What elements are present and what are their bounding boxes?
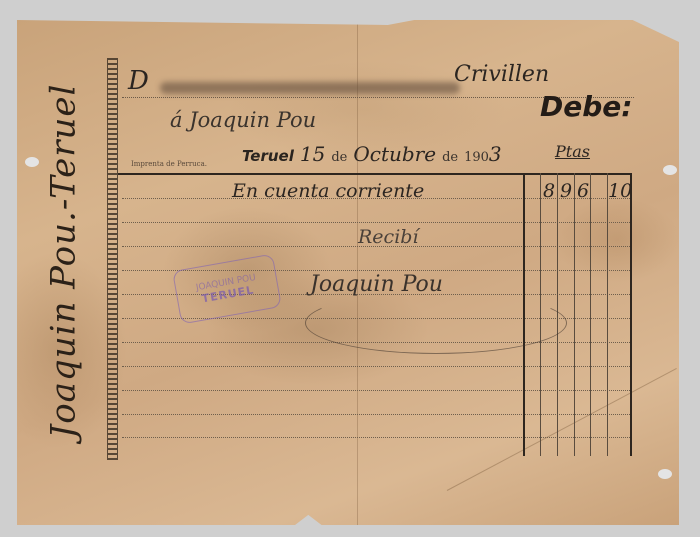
- signature-flourish: [305, 292, 567, 354]
- creditor-line: á Joaquin Pou: [170, 108, 316, 132]
- amount-cents: 10: [608, 180, 630, 202]
- received-note: Recibí: [358, 226, 419, 248]
- table-row-line: [122, 437, 630, 438]
- date-de-1: de: [331, 150, 347, 165]
- table-row-line: [122, 366, 630, 367]
- table-top-rule: [118, 173, 631, 175]
- date-line: Teruel 15 de Octubre de 1903: [242, 142, 502, 166]
- addressee-place: Crivillen: [454, 62, 549, 87]
- amount-column-rule: [590, 173, 591, 456]
- redacted-name: [160, 82, 460, 94]
- date-de-2: de: [442, 150, 458, 165]
- amount-column-rule: [630, 173, 632, 456]
- amount-column-rule: [574, 173, 575, 456]
- currency-label: Ptas: [555, 142, 590, 161]
- punch-hole-right-top: [663, 165, 677, 175]
- entry-description: En cuenta corriente: [232, 180, 424, 202]
- debe-heading: Debe:: [540, 90, 632, 123]
- amount-column-rule: [607, 173, 608, 456]
- date-year-printed: 190: [464, 150, 489, 165]
- printer-credit: Imprenta de Perruca.: [131, 160, 207, 168]
- decorative-border: [107, 58, 118, 460]
- fold-crease-diagonal: [447, 368, 677, 491]
- table-row-line: [122, 390, 630, 391]
- amount-digit: 6: [575, 180, 591, 202]
- company-name: Joaquin Pou.-Teruel: [43, 83, 83, 438]
- date-day: 15: [300, 142, 325, 166]
- date-city: Teruel: [242, 147, 294, 165]
- table-row-line: [122, 414, 630, 415]
- amount-digit: 8: [541, 180, 557, 202]
- addressee-prefix: D: [128, 66, 149, 96]
- vertical-company-title: Joaquin Pou.-Teruel: [28, 58, 98, 463]
- date-month: Octubre: [353, 142, 436, 166]
- table-row-line: [122, 222, 630, 223]
- punch-hole-right-bottom: [658, 469, 672, 479]
- date-year-digit: 3: [489, 142, 502, 166]
- amount-digit: 9: [558, 180, 574, 202]
